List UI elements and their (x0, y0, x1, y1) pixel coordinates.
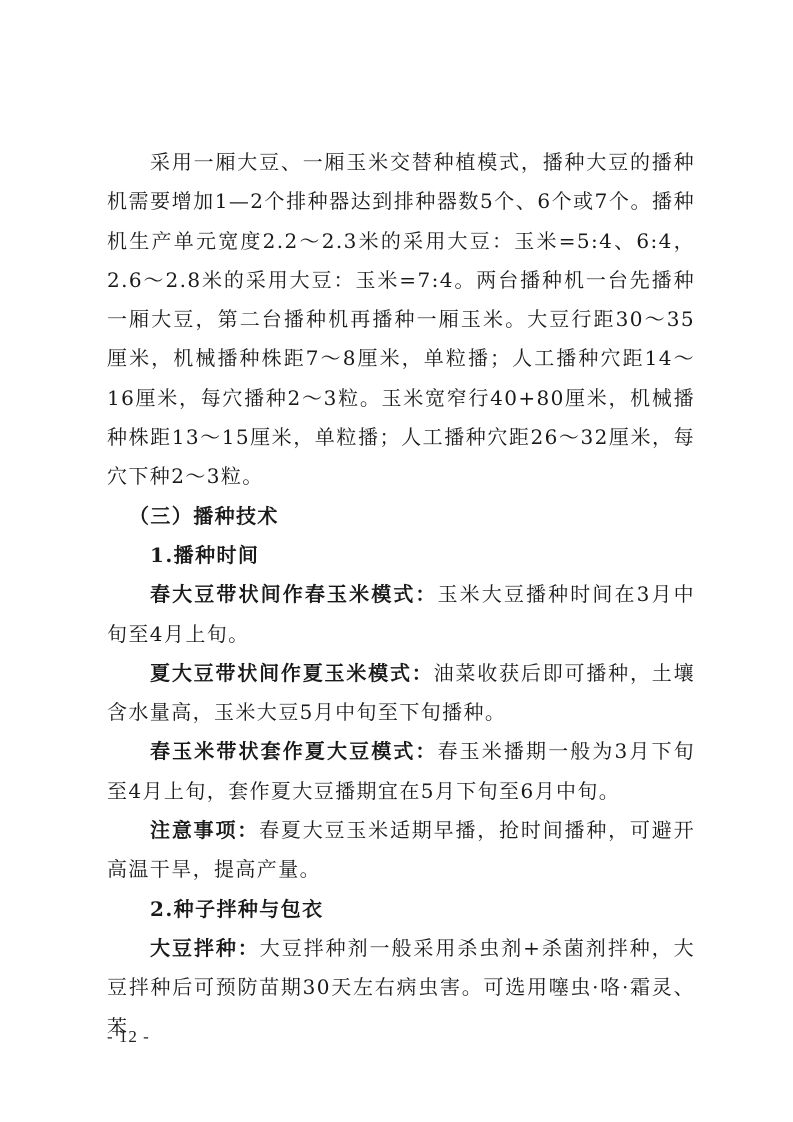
document-page: 采用一厢大豆、一厢玉米交替种植模式，播种大豆的播种机需要增加1—2个排种器达到排… (107, 143, 695, 1047)
paragraph-summer-soybean-mode: 夏大豆带状间作夏玉米模式：油菜收获后即可播种，土壤含水量高，玉米大豆5月中旬至下… (107, 654, 695, 733)
page-number: - 12 - (107, 1027, 150, 1047)
paragraph-spring-soybean-mode: 春大豆带状间作春玉米模式：玉米大豆播种时间在3月中旬至4月上旬。 (107, 575, 695, 654)
lead-term: 春大豆带状间作春玉米模式： (150, 582, 438, 606)
paragraph-notes: 注意事项：春夏大豆玉米适期早播，抢时间播种，可避开高温干旱，提高产量。 (107, 811, 695, 890)
lead-term: 夏大豆带状间作夏玉米模式： (150, 661, 434, 685)
lead-term: 春玉米带状套作夏大豆模式： (150, 739, 438, 763)
section-heading-sowing-technique: （三）播种技术 (107, 497, 695, 536)
paragraph-spring-corn-relay-mode: 春玉米带状套作夏大豆模式：春玉米播期一般为3月下旬至4月上旬，套作夏大豆播期宜在… (107, 732, 695, 811)
subheading-seed-dressing: 2.种子拌种与包衣 (107, 890, 695, 929)
lead-term: 注意事项： (150, 818, 259, 842)
paragraph-soybean-dressing: 大豆拌种：大豆拌种剂一般采用杀虫剂+杀菌剂拌种，大豆拌种后可预防苗期30天左右病… (107, 929, 695, 1047)
subheading-sowing-time: 1.播种时间 (107, 536, 695, 575)
paragraph-planting-mode: 采用一厢大豆、一厢玉米交替种植模式，播种大豆的播种机需要增加1—2个排种器达到排… (107, 143, 695, 497)
lead-term: 大豆拌种： (150, 936, 260, 960)
